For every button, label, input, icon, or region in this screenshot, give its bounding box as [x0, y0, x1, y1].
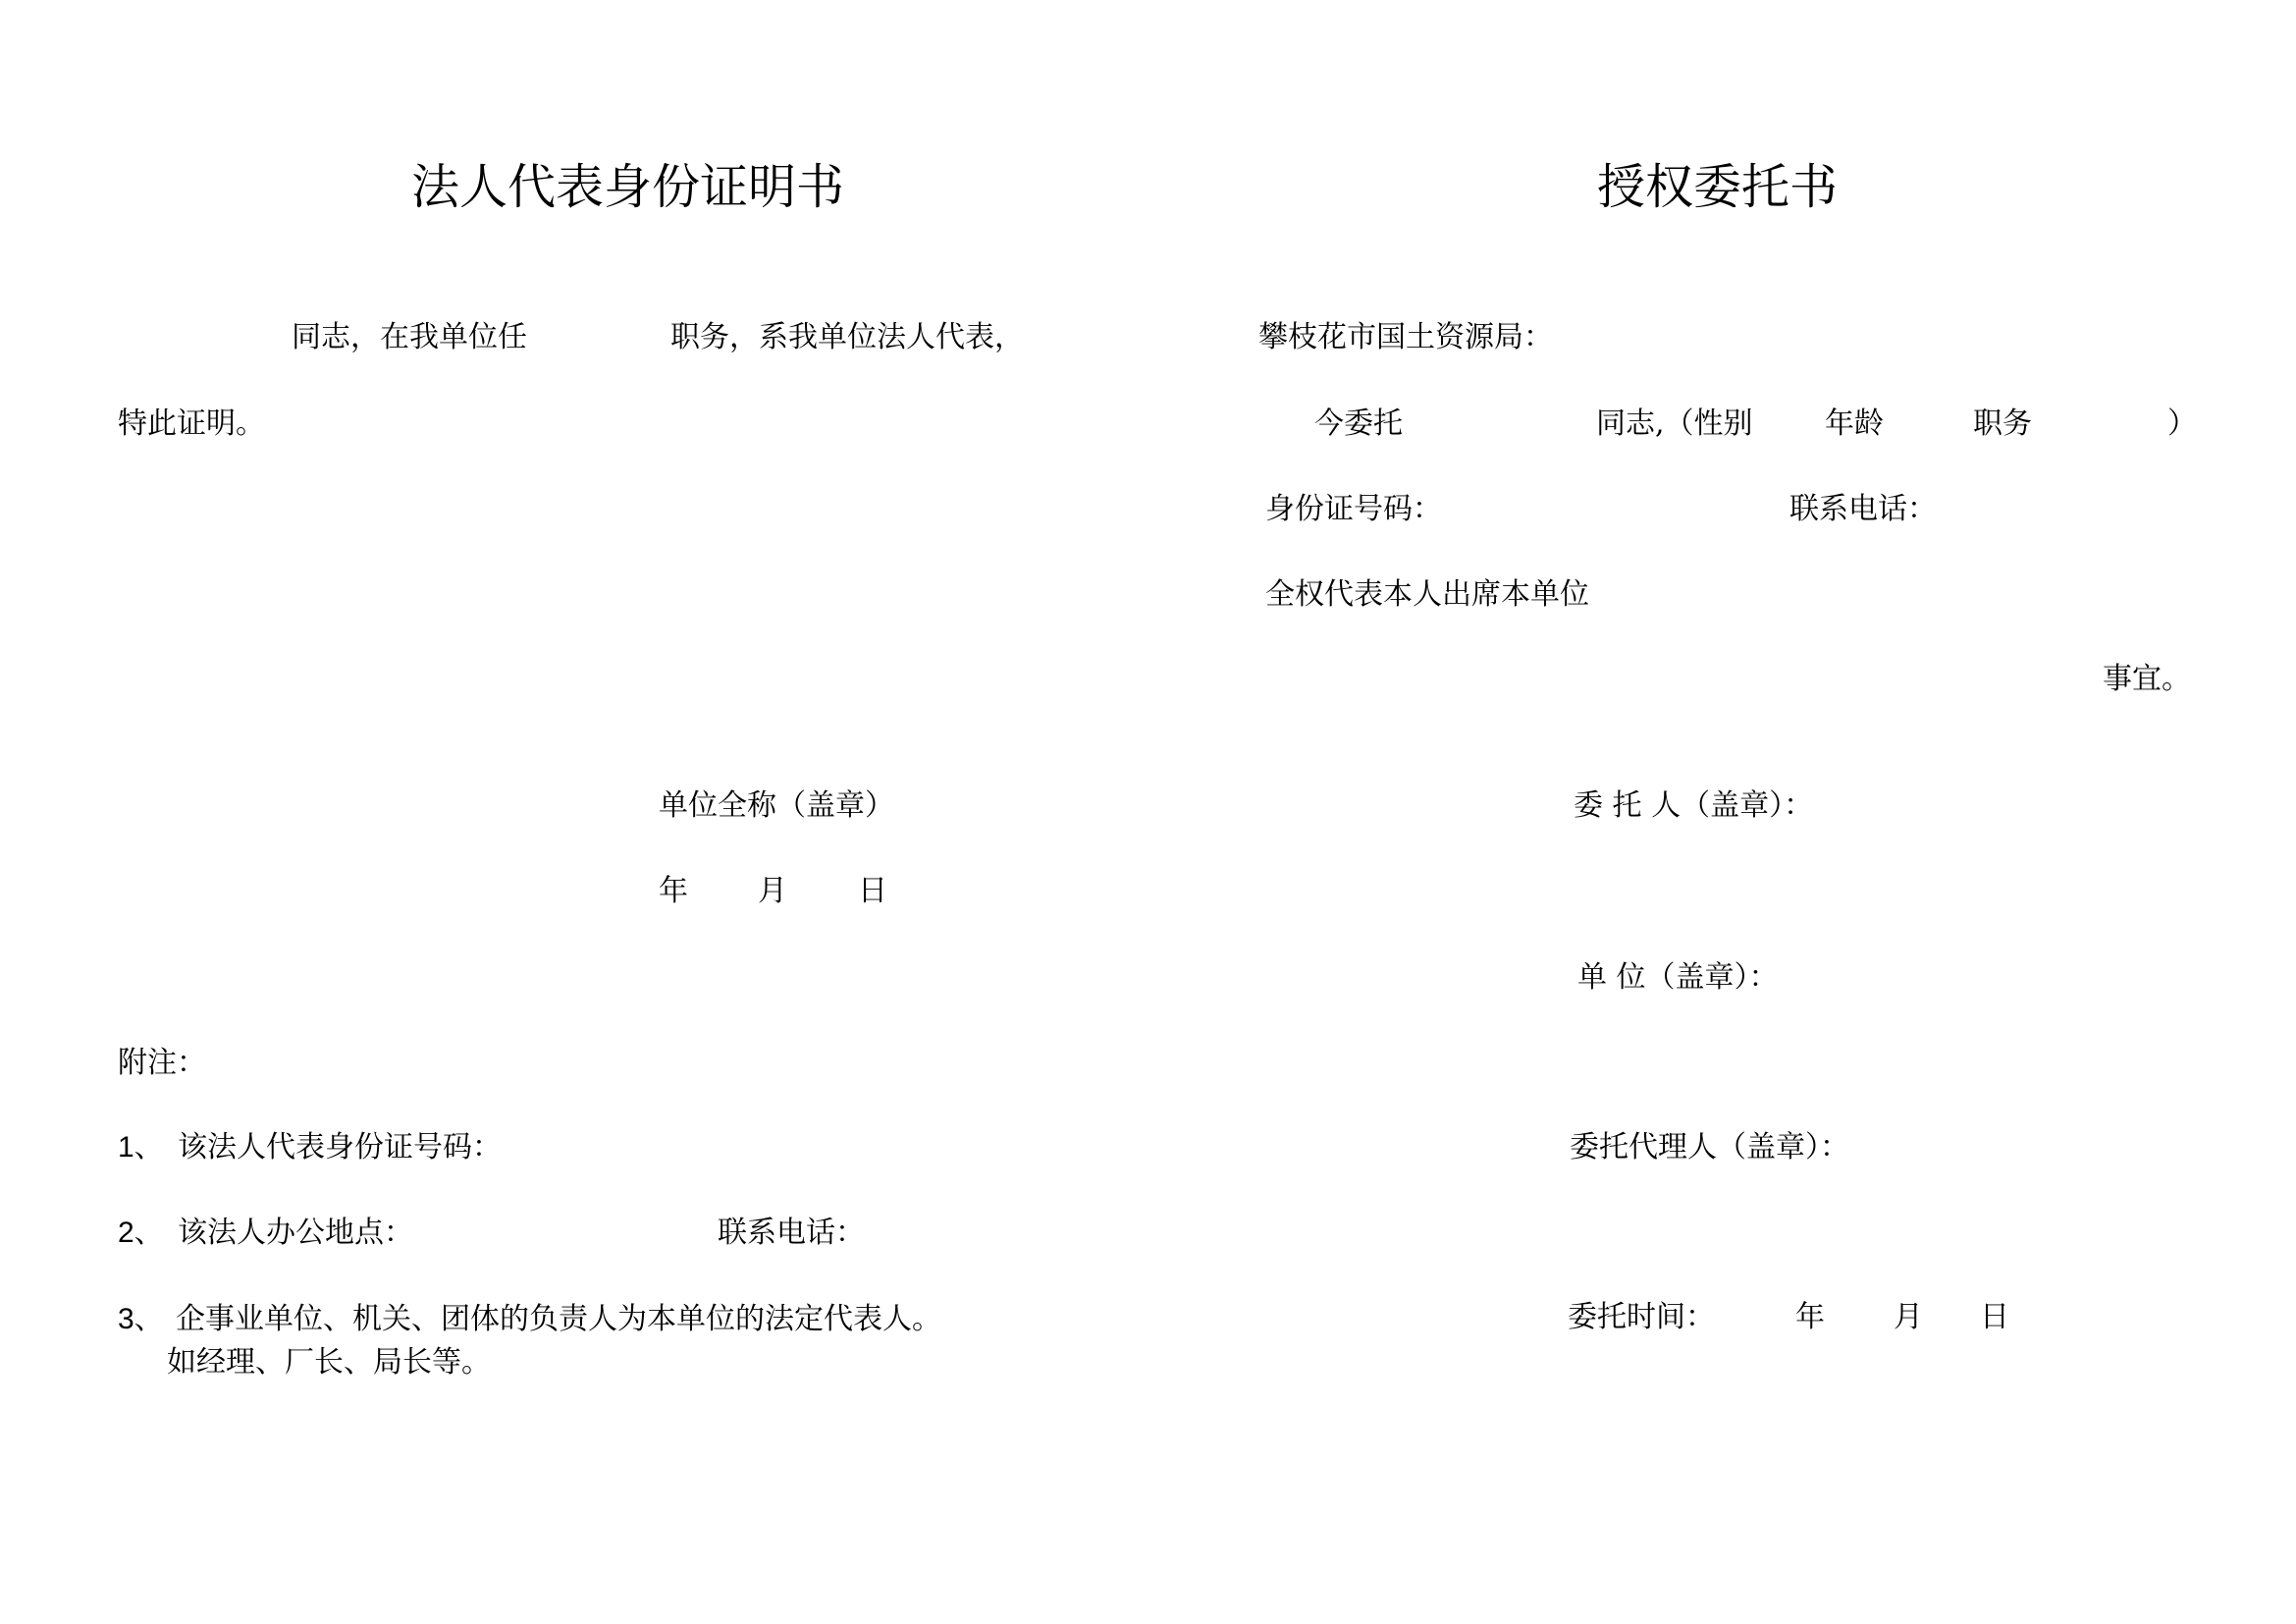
agent-seal-label: 委托代理人（盖章）：: [1570, 1133, 1849, 1163]
left-body-line2: 特此证明。: [118, 409, 265, 439]
entrust-time-label: 委托时间：: [1568, 1303, 1715, 1332]
authority-text: 全权代表本人出席本单位: [1265, 580, 1589, 610]
entrust-time-month: 月: [1894, 1303, 1923, 1332]
note-3-number: 3、: [118, 1305, 164, 1334]
addressee: 攀枝花市国土资源局：: [1258, 323, 1553, 352]
left-body-line1-part1: 同志，在我单位任: [292, 323, 527, 352]
right-form-title: 授权委托书: [1597, 163, 1838, 212]
document-page: 法人代表身份证明书 同志，在我单位任 职务，系我单位法人代表， 特此证明。 单位…: [0, 0, 2296, 1624]
matters-suffix: 事宜。: [2103, 665, 2191, 694]
entrust-comrade-gender: 同志,（性别: [1596, 409, 1753, 439]
left-body-line1-part2: 职务，系我单位法人代表，: [670, 323, 1024, 352]
id-number-label: 身份证号码：: [1265, 495, 1442, 524]
note-2-number: 2、: [118, 1218, 164, 1248]
note-1-text: 该法人代表身份证号码：: [178, 1133, 502, 1163]
note-1-number: 1、: [118, 1133, 164, 1163]
entrust-time-day: 日: [1980, 1303, 2009, 1332]
unit-seal-label-right: 单 位（盖章）：: [1577, 963, 1779, 993]
note-3-text: 企事业单位、机关、团体的负责人为本单位的法定代表人。: [176, 1305, 941, 1334]
entrust-close-paren: ）: [2167, 409, 2197, 439]
left-form-title: 法人代表身份证明书: [411, 163, 844, 212]
note-3-continuation: 如经理、厂长、局长等。: [167, 1348, 491, 1378]
left-date-month: 月: [758, 877, 787, 906]
left-date-day: 日: [858, 877, 887, 906]
notes-heading: 附注：: [118, 1049, 206, 1078]
entrust-prefix: 今委托: [1314, 409, 1403, 439]
principal-seal-label: 委 托 人（盖章）：: [1574, 791, 1813, 821]
entrust-time-year: 年: [1795, 1303, 1825, 1332]
note-2-text: 该法人办公地点：: [178, 1218, 413, 1248]
entrust-position: 职务: [1973, 409, 2032, 439]
entrust-age: 年龄: [1825, 409, 1884, 439]
left-date-year: 年: [659, 877, 688, 906]
note-2-phone-label: 联系电话：: [718, 1218, 865, 1248]
phone-label: 联系电话：: [1789, 495, 1937, 524]
unit-seal-label: 单位全称（盖章）: [659, 791, 894, 821]
